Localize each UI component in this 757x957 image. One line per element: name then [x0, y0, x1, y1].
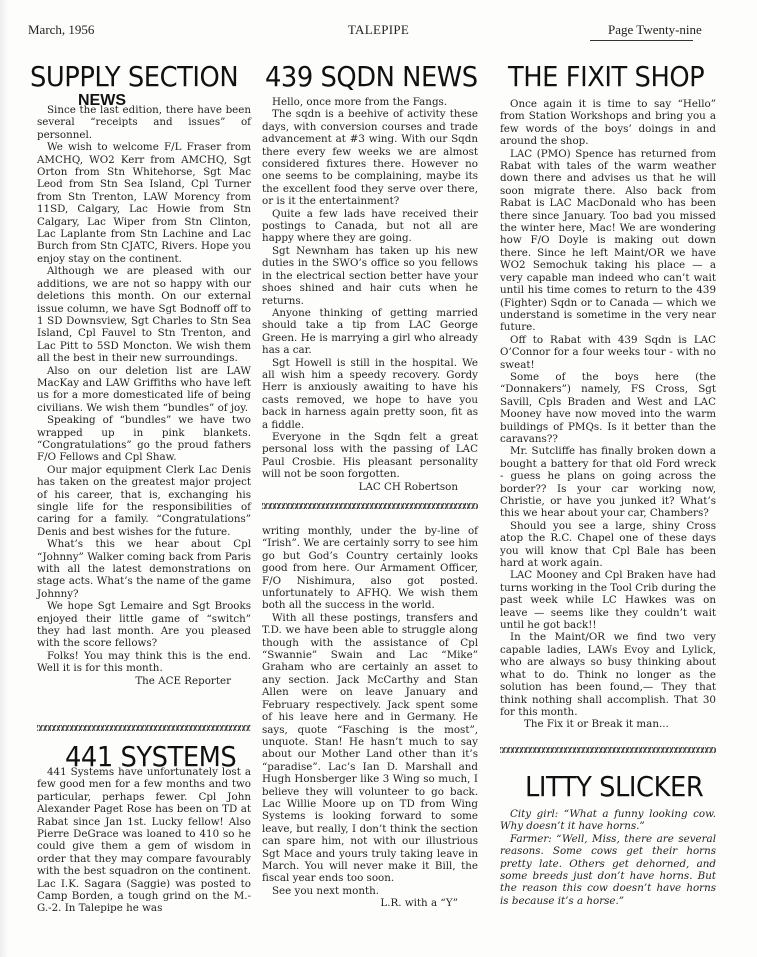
sqdn-439-article: Hello, once more from the Fangs. The sqd…	[262, 96, 478, 493]
paragraph: Off to Rabat with 439 Sqdn is LAC O’Conn…	[500, 334, 716, 371]
fixit-shop-headline: THE FIXIT SHOP	[508, 60, 704, 93]
byline: L.R. with a “Y”	[262, 897, 478, 909]
newsletter-page: March, 1956 TALEPIPE Page Twenty-nine SU…	[0, 0, 757, 957]
paragraph: Once again it is time to say “Hello” fro…	[500, 98, 716, 148]
paragraph: Since the last edition, there have been …	[37, 104, 251, 141]
decorative-separator	[500, 747, 716, 753]
litty-slicker-headline: LITTY SLICKER	[525, 770, 703, 803]
paragraph: Folks! You may think this is the end. We…	[37, 650, 251, 675]
paragraph: Sgt Howell is still in the hospital. We …	[262, 357, 478, 431]
paragraph: City girl: “What a funny looking cow. Wh…	[500, 808, 716, 833]
paragraph: 441 Systems have unfortunately lost a fe…	[37, 766, 251, 915]
supply-section-headline: SUPPLY SECTION	[30, 60, 238, 93]
paragraph: Everyone in the Sqdn felt a great person…	[262, 431, 478, 481]
paragraph: We wish to welcome F/L Fraser from AMCHQ…	[37, 141, 251, 265]
paragraph: Our major equipment Clerk Lac Denis has …	[37, 464, 251, 538]
byline: The Fix it or Break it man...	[500, 718, 716, 730]
page-number: Page Twenty-nine	[608, 22, 702, 42]
litty-slicker-joke: City girl: “What a funny looking cow. Wh…	[500, 808, 716, 907]
page-edge-shadow	[0, 0, 8, 957]
fixit-shop-article: Once again it is time to say “Hello” fro…	[500, 98, 716, 731]
decorative-separator	[37, 725, 251, 731]
paragraph: Some of the boys here (the “Donnakers”) …	[500, 371, 716, 445]
paragraph: Mr. Sutcliffe has finally broken down a …	[500, 445, 716, 519]
paragraph: Hello, once more from the Fangs.	[262, 96, 478, 108]
paragraph: Speaking of “bundles” we have two wrappe…	[37, 414, 251, 464]
sqdn-439-headline: 439 SQDN NEWS	[265, 60, 478, 93]
paragraph: With all these postings, transfers and T…	[262, 612, 478, 885]
paragraph: In the Maint/OR we find two very capable…	[500, 631, 716, 718]
paragraph: LAC (PMO) Spence has returned from Rabat…	[500, 148, 716, 334]
paragraph: Sgt Newnham has taken up his new duties …	[262, 245, 478, 307]
page-number-rule	[590, 40, 693, 41]
paragraph: Also on our deletion list are LAW MacKay…	[37, 365, 251, 415]
decorative-separator	[262, 503, 478, 509]
paragraph: writing monthly, under the by-line of “I…	[262, 525, 478, 612]
paragraph: What’s this we hear about Cpl “Johnny” W…	[37, 538, 251, 600]
supply-section-article: Since the last edition, there have been …	[37, 104, 251, 687]
paragraph: We hope Sgt Lemaire and Sgt Brooks enjoy…	[37, 600, 251, 650]
paragraph: See you next month.	[262, 885, 478, 897]
paragraph: LAC Mooney and Cpl Braken have had turns…	[500, 569, 716, 631]
paragraph: The sqdn is a beehive of activity these …	[262, 108, 478, 207]
paragraph: Quite a few lads have received their pos…	[262, 208, 478, 245]
systems-441-continued: writing monthly, under the by-line of “I…	[262, 525, 478, 910]
systems-441-article: 441 Systems have unfortunately lost a fe…	[37, 766, 251, 915]
paragraph: Anyone thinking of getting married shoul…	[262, 307, 478, 357]
paragraph: Although we are pleased with our additio…	[37, 265, 251, 364]
byline: LAC CH Robertson	[262, 481, 478, 493]
paragraph: Farmer: “Well, Miss, there are several r…	[500, 833, 716, 907]
paragraph: Should you see a large, shiny Cross atop…	[500, 520, 716, 570]
byline: The ACE Reporter	[37, 675, 251, 687]
